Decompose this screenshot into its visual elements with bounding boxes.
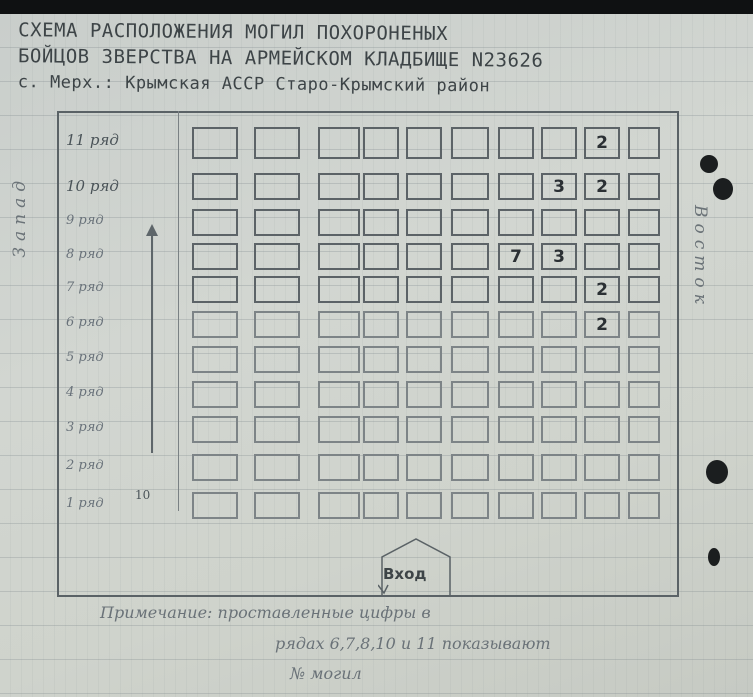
grave-plot: 2	[584, 276, 620, 303]
row-label: 7 ряд	[66, 280, 166, 295]
entrance-label: Вход	[383, 565, 427, 583]
grave-plot	[498, 346, 534, 373]
row-label: 9 ряд	[66, 213, 166, 228]
grave-plot	[254, 492, 300, 519]
grave-plot	[192, 416, 238, 443]
grave-plot	[541, 346, 577, 373]
grave-plot	[318, 346, 360, 373]
grave-plot	[318, 416, 360, 443]
grave-plot	[406, 346, 442, 373]
grave-plot	[254, 381, 300, 408]
grave-plot	[192, 127, 238, 159]
grave-plot	[498, 173, 534, 200]
grave-plot	[498, 454, 534, 481]
grave-plot	[192, 381, 238, 408]
grave-plot	[451, 454, 489, 481]
grave-plot	[192, 311, 238, 338]
grave-plot	[541, 311, 577, 338]
grave-plot	[584, 346, 620, 373]
west-label: Запад	[10, 175, 30, 258]
grave-plot	[584, 492, 620, 519]
grave-plot	[406, 276, 442, 303]
grave-plot	[363, 492, 399, 519]
grave-plot	[318, 454, 360, 481]
grave-plot	[584, 454, 620, 481]
grave-plot	[541, 209, 577, 236]
grave-plot	[498, 276, 534, 303]
grave-plot	[406, 243, 442, 270]
grave-plot	[541, 276, 577, 303]
grave-plot	[406, 492, 442, 519]
grave-plot	[363, 311, 399, 338]
grave-plot	[541, 492, 577, 519]
grave-plot	[498, 381, 534, 408]
grave-plot	[254, 346, 300, 373]
row-label: 11 ряд	[66, 131, 166, 149]
grave-plot	[406, 416, 442, 443]
grave-plot: 2	[584, 173, 620, 200]
row-label: 10 ряд	[66, 177, 166, 195]
grave-plot	[363, 346, 399, 373]
grave-plot	[541, 454, 577, 481]
grave-plot	[628, 416, 660, 443]
grave-plot	[628, 243, 660, 270]
grave-plot	[584, 416, 620, 443]
grave-plot	[498, 416, 534, 443]
grave-plot	[363, 454, 399, 481]
title-line-3: с. Мерх.: Крымская АССР Старо-Крымский р…	[18, 69, 658, 101]
grave-plot	[192, 346, 238, 373]
grave-plot	[584, 209, 620, 236]
grave-plot	[628, 209, 660, 236]
grave-plot	[318, 127, 360, 159]
row-label: 1 ряд	[66, 496, 166, 511]
grave-plot	[406, 209, 442, 236]
grave-plot	[498, 127, 534, 159]
grave-plot	[451, 243, 489, 270]
row-label: 6 ряд	[66, 315, 166, 330]
grave-plot: 2	[584, 311, 620, 338]
grave-plot	[498, 492, 534, 519]
grave-plot	[254, 243, 300, 270]
grave-plot	[363, 173, 399, 200]
grave-plot	[254, 209, 300, 236]
grave-plot	[406, 311, 442, 338]
grave-plot	[406, 454, 442, 481]
document-title: СХЕМА РАСПОЛОЖЕНИЯ МОГИЛ ПОХОРОНЕНЫХ БОЙ…	[18, 17, 659, 101]
label-column-divider	[178, 111, 179, 511]
grave-plot	[254, 276, 300, 303]
grave-plot	[451, 276, 489, 303]
grave-plot	[318, 173, 360, 200]
grave-plot	[363, 243, 399, 270]
grave-plot	[628, 311, 660, 338]
row-label: 4 ряд	[66, 385, 166, 400]
grave-plot	[318, 311, 360, 338]
row-label: 2 ряд	[66, 458, 166, 473]
grave-plot	[318, 243, 360, 270]
grave-plot	[498, 209, 534, 236]
grave-plot	[318, 492, 360, 519]
grave-plot	[451, 311, 489, 338]
grave-plot	[451, 416, 489, 443]
grave-plot	[451, 346, 489, 373]
grave-plot	[363, 276, 399, 303]
note-line-3: № могил	[290, 664, 362, 683]
grave-plot	[192, 173, 238, 200]
punch-hole	[700, 155, 718, 173]
grave-plot	[628, 276, 660, 303]
punch-hole	[706, 460, 728, 484]
grave-plot	[451, 127, 489, 159]
grave-plot	[254, 454, 300, 481]
row-label: 3 ряд	[66, 420, 166, 435]
grave-plot	[192, 276, 238, 303]
grave-plot	[628, 173, 660, 200]
grave-plot	[363, 209, 399, 236]
grave-plot	[254, 173, 300, 200]
grave-plot: 2	[584, 127, 620, 159]
grave-plot	[541, 127, 577, 159]
grave-plot	[451, 209, 489, 236]
note-line-1: Примечание: проставленные цифры в	[100, 603, 431, 622]
grave-plot	[451, 492, 489, 519]
grave-plot	[541, 416, 577, 443]
grave-plot	[363, 127, 399, 159]
row-label: 8 ряд	[66, 247, 166, 262]
punch-hole	[713, 178, 733, 200]
grave-plot	[192, 454, 238, 481]
grave-plot	[406, 127, 442, 159]
grave-plot	[192, 209, 238, 236]
grave-plot: 3	[541, 173, 577, 200]
grave-plot	[254, 416, 300, 443]
grave-plot	[584, 243, 620, 270]
grave-plot	[318, 276, 360, 303]
grave-plot	[451, 381, 489, 408]
grave-plot	[541, 381, 577, 408]
grave-plot	[451, 173, 489, 200]
grave-plot	[192, 492, 238, 519]
grave-plot	[318, 381, 360, 408]
grave-plot	[406, 381, 442, 408]
grave-plot	[628, 346, 660, 373]
grave-plot: 7	[498, 243, 534, 270]
grave-plot	[363, 416, 399, 443]
grave-plot	[628, 454, 660, 481]
grave-plot	[406, 173, 442, 200]
row-label: 5 ряд	[66, 350, 166, 365]
grave-plot	[498, 311, 534, 338]
grave-plot	[254, 127, 300, 159]
punch-hole	[708, 548, 720, 566]
grave-plot	[628, 492, 660, 519]
grave-plot	[254, 311, 300, 338]
note-line-2: рядах 6,7,8,10 и 11 показывают	[275, 634, 551, 653]
grave-plot	[584, 381, 620, 408]
east-label: Восток	[690, 205, 710, 310]
grave-plot	[318, 209, 360, 236]
grave-plot	[363, 381, 399, 408]
grave-plot: 3	[541, 243, 577, 270]
grave-plot	[628, 381, 660, 408]
grave-plot	[192, 243, 238, 270]
grave-plot	[628, 127, 660, 159]
